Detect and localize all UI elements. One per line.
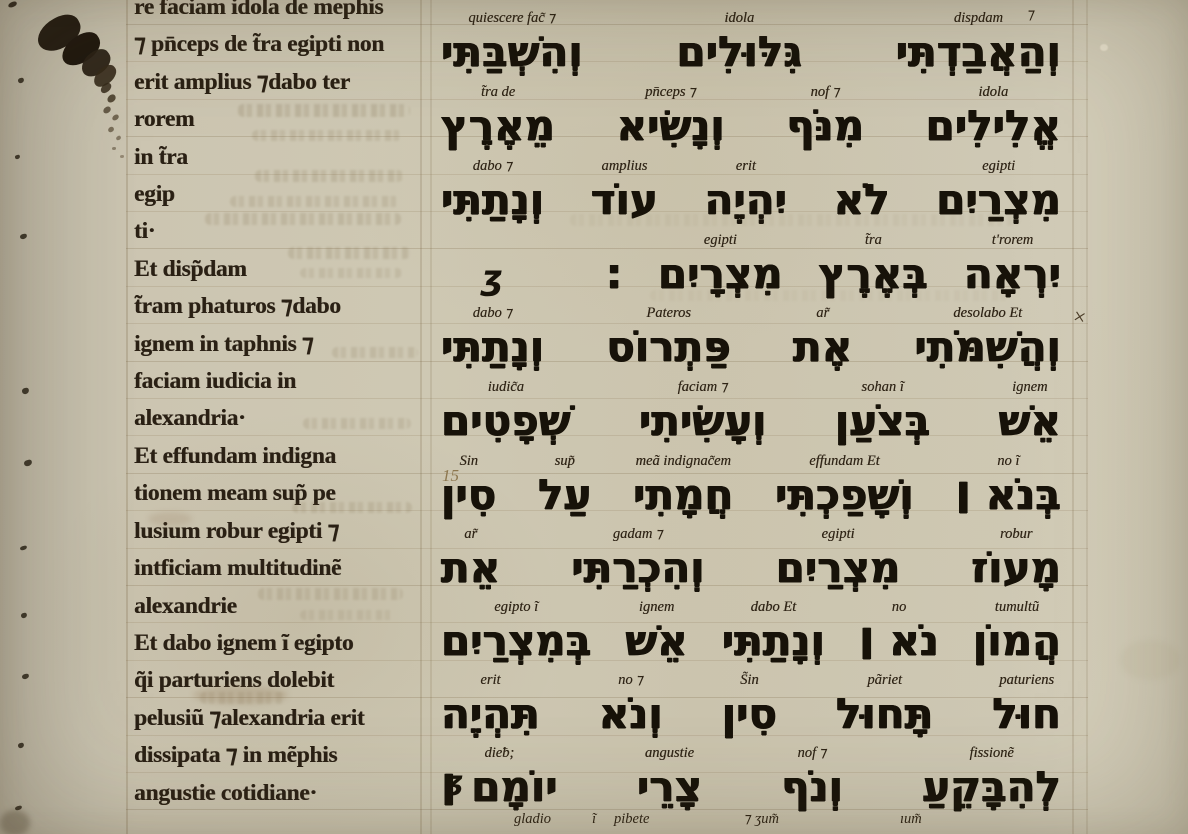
hebrew-word: לְהִבָּקֵעַ bbox=[922, 762, 1061, 812]
hebrew-row: fissionẽלְהִבָּקֵעַnof ⁊וְנֹףangustieצָר… bbox=[441, 739, 1061, 812]
word-unit: no ⁊וְנֹא bbox=[599, 673, 663, 739]
word-unit: meã indignac̃emחֲמָתִי bbox=[633, 454, 733, 520]
hebrew-word: אֵשׁ bbox=[625, 616, 687, 666]
hebrew-word: הֲמוֹן bbox=[973, 616, 1061, 666]
word-unit: dabo Etוְנָתַתִּי bbox=[722, 600, 825, 666]
pricking-dot bbox=[21, 387, 29, 395]
interlinear-gloss: quiescere fac̃ ⁊ bbox=[468, 11, 555, 26]
interlinear-gloss: t̃ra de bbox=[481, 85, 515, 100]
hebrew-word: תָּחוּל bbox=[836, 689, 933, 739]
pricking-dot bbox=[15, 154, 21, 159]
ruling-line-vertical bbox=[1072, 0, 1074, 834]
interlinear-gloss: erit bbox=[480, 673, 500, 688]
bleedthrough-mark bbox=[292, 502, 412, 513]
hebrew-word: בְּנֹא ׀ bbox=[956, 470, 1061, 520]
interlinear-gloss: faciam ⁊ bbox=[678, 380, 728, 395]
word-unit: egipto ĩבְּמִצְרַיִם bbox=[441, 600, 591, 666]
interlinear-gloss: Pateros bbox=[646, 306, 691, 321]
tironian-et-mark: ⁊ bbox=[1027, 5, 1034, 24]
ruling-line-vertical bbox=[126, 0, 128, 834]
interlinear-gloss: paturiens bbox=[999, 673, 1054, 688]
word-unit: idolaאֱלִילִים bbox=[926, 85, 1061, 151]
hebrew-word: וְשָׁפַכְתִּי bbox=[775, 470, 914, 520]
word-unit: ar̃אֵת bbox=[441, 527, 500, 593]
bleedthrough-mark bbox=[252, 130, 402, 141]
word-unit: ar̃אֶת bbox=[793, 306, 852, 372]
bottom-gloss-fragment: ĩ bbox=[592, 811, 596, 828]
interlinear-gloss: ignem bbox=[639, 600, 674, 615]
interlinear-gloss: idola bbox=[724, 11, 754, 26]
word-unit: desolabo Etוְהֲשִׁמֹּתִי bbox=[914, 306, 1061, 372]
word-unit: eritתִּהְיֶה bbox=[441, 673, 540, 739]
hebrew-word: וְהִכְרַתִּי bbox=[571, 543, 704, 593]
ink-blot bbox=[112, 147, 116, 150]
interlinear-gloss: tumultũ bbox=[995, 600, 1039, 615]
latin-line: intficiam multitudinẽ bbox=[134, 550, 429, 587]
word-unit: dabo ⁊וְנָתַתִּי bbox=[441, 159, 544, 225]
bleedthrough-mark bbox=[230, 196, 400, 207]
hebrew-word: וְהֲשִׁמֹּתִי bbox=[914, 322, 1061, 372]
word-unit: tumultũהֲמוֹן bbox=[973, 600, 1061, 666]
ink-blot bbox=[107, 126, 115, 133]
word-unit: quiescere fac̃ ⁊וְהִשְׁבַּתִּי bbox=[441, 11, 583, 77]
ruling-line-vertical bbox=[430, 0, 432, 834]
hebrew-word: גִּלּוּלִים bbox=[676, 27, 802, 77]
interlinear-gloss: idola bbox=[978, 85, 1008, 100]
hebrew-row: dispdamוְהַאֲבַדְתִּיidolaגִּלּוּלִיםqui… bbox=[441, 4, 1061, 77]
interlinear-gloss: angustie bbox=[645, 746, 694, 761]
bleedthrough-mark bbox=[238, 104, 410, 117]
bottom-gloss-fragment: pibete᷑ bbox=[614, 811, 661, 828]
interlinear-gloss: dabo Et bbox=[751, 600, 797, 615]
interlinear-gloss: S̃in bbox=[740, 673, 759, 688]
ink-blot bbox=[106, 93, 117, 104]
interlinear-gloss: no ⁊ bbox=[618, 673, 643, 688]
hebrew-word: פַּתְרוֹס bbox=[606, 322, 731, 372]
hebrew-word: חֲמָתִי bbox=[633, 470, 733, 520]
interlinear-gloss: dabo ⁊ bbox=[473, 159, 513, 174]
bleedthrough-mark bbox=[205, 213, 401, 225]
word-unit: sup̃עַל bbox=[538, 454, 591, 520]
interlinear-gloss: egipto ĩ bbox=[494, 600, 538, 615]
hebrew-word: אֵשׁ bbox=[999, 396, 1061, 446]
interlinear-gloss: effundam Et bbox=[809, 454, 879, 469]
manuscript-page: re faciam idola de mephis⁊ pn̄ceps de t̃… bbox=[0, 0, 1188, 834]
latin-line: re faciam idola de mephis bbox=[134, 0, 429, 26]
interlinear-gloss: dabo ⁊ bbox=[473, 306, 513, 321]
hebrew-word: וְנָשִׂיא bbox=[617, 101, 725, 151]
pricking-dot bbox=[23, 459, 32, 467]
hebrew-word: וְנֹף bbox=[781, 762, 843, 812]
word-unit: effundam Etוְשָׁפַכְתִּי bbox=[775, 454, 914, 520]
interlinear-gloss: pn̄ceps ⁊ bbox=[645, 85, 696, 100]
latin-line: faciam iudicia in bbox=[134, 363, 429, 400]
latin-line: ⁊ pn̄ceps de t̃ra egipti non bbox=[134, 26, 429, 63]
interlinear-gloss: t'rorem bbox=[992, 233, 1034, 248]
hebrew-word: ׃ bbox=[606, 249, 622, 299]
latin-line: erit amplius ⁊dabo ter bbox=[134, 64, 429, 101]
pricking-dot bbox=[17, 77, 24, 83]
word-unit: roburמָעוֹז bbox=[971, 527, 1061, 593]
interlinear-gloss: gadam ⁊ bbox=[613, 527, 663, 542]
interlinear-gloss: desolabo Et bbox=[953, 306, 1022, 321]
interlinear-gloss: egipti bbox=[982, 159, 1015, 174]
interlinear-gloss: dieƀ; bbox=[484, 746, 514, 761]
hebrew-row: desolabo Etוְהֲשִׁמֹּתִיar̃אֶתPaterosפַּ… bbox=[441, 299, 1061, 372]
verse-number-15: 15 bbox=[442, 466, 459, 486]
hebrew-row: no ĩבְּנֹא ׀effundam Etוְשָׁפַכְתִּיmeã … bbox=[441, 447, 1061, 520]
word-unit: faciam ⁊וְעָשִׂיתִי bbox=[639, 380, 767, 446]
interlinear-gloss: ignem bbox=[1012, 380, 1047, 395]
pricking-dot bbox=[20, 545, 28, 551]
interlinear-gloss: erit bbox=[736, 159, 756, 174]
bleedthrough-mark bbox=[650, 290, 1010, 301]
interlinear-gloss: Sin bbox=[459, 454, 478, 469]
bleedthrough-mark bbox=[332, 347, 418, 358]
word-unit: dabo ⁊וְנָתַתִּי bbox=[441, 306, 544, 372]
latin-line: pelusiũ ⁊alexandria erit bbox=[134, 700, 429, 737]
latin-line: t̃ram phaturos ⁊dabo bbox=[134, 288, 429, 325]
ink-blot bbox=[120, 155, 124, 158]
interlinear-gloss: egipti bbox=[822, 527, 855, 542]
word-unit: iudic̃aשְׁפָטִים bbox=[441, 380, 571, 446]
interlinear-gloss: amplius bbox=[601, 159, 647, 174]
hebrew-word: חוּל bbox=[992, 689, 1061, 739]
word-unit: Sinסִין bbox=[441, 454, 496, 520]
interlinear-gloss: ar̃ bbox=[464, 527, 477, 542]
hebrew-word: אֶת bbox=[793, 322, 852, 372]
interlinear-gloss: dispdam bbox=[954, 11, 1003, 26]
ink-blot bbox=[111, 114, 120, 122]
hebrew-word: מִצְרַיִם bbox=[776, 543, 901, 593]
word-unit: Paterosפַּתְרוֹס bbox=[606, 306, 731, 372]
bottom-gloss-fragment: ıum̃ bbox=[900, 811, 922, 828]
hebrew-word: וְנָתַתִּי bbox=[441, 175, 544, 225]
word-unit: dispdamוְהַאֲבַדְתִּי bbox=[896, 11, 1061, 77]
word-unit: idolaגִּלּוּלִים bbox=[676, 11, 802, 77]
bottom-gloss-fragment: gladio bbox=[514, 811, 551, 828]
word-unit: noנֹא ׀ bbox=[859, 600, 939, 666]
interlinear-gloss: robur bbox=[1000, 527, 1033, 542]
interlinear-gloss: ar̃ bbox=[816, 306, 829, 321]
bottom-gloss-fragment: ⁊ ʒum̃ bbox=[744, 811, 779, 828]
hebrew-word: וְנֹא bbox=[599, 689, 663, 739]
interlinear-gloss: sup̃ bbox=[555, 454, 575, 469]
interlinear-gloss: egipti bbox=[704, 233, 737, 248]
word-unit: angustieצָרֵי bbox=[637, 746, 702, 812]
pricking-dot bbox=[20, 612, 27, 618]
hebrew-row: paturiensחוּלpãrietתָּחוּלS̃inסִיןno ⁊וְ… bbox=[441, 666, 1061, 739]
interlinear-gloss: no bbox=[892, 600, 907, 615]
bleedthrough-mark bbox=[303, 418, 411, 429]
interlinear-gloss: pãriet bbox=[867, 673, 902, 688]
interlinear-gloss: meã indignac̃em bbox=[636, 454, 731, 469]
hebrew-row: idolaאֱלִילִיםnof ⁊מִנֹּףpn̄ceps ⁊וְנָשִ… bbox=[441, 78, 1061, 151]
word-unit: sohan ĩבְּצֹעַן bbox=[835, 380, 930, 446]
word-unit: nof ⁊וְנֹף bbox=[781, 746, 843, 812]
word-unit: pãrietתָּחוּל bbox=[836, 673, 933, 739]
ink-blot bbox=[7, 1, 17, 9]
pricking-dot bbox=[21, 673, 29, 680]
hebrew-word: תִּהְיֶה bbox=[441, 689, 540, 739]
interlinear-gloss: fissionẽ bbox=[969, 746, 1013, 761]
word-unit: paturiensחוּל bbox=[992, 673, 1061, 739]
hebrew-word: מֵאֶרֶץ bbox=[441, 101, 555, 151]
hebrew-word: מָעוֹז bbox=[971, 543, 1061, 593]
hebrew-word: נֹא ׀ bbox=[859, 616, 939, 666]
interlinear-gloss: sohan ĩ bbox=[861, 380, 903, 395]
hebrew-word: וְעָשִׂיתִי bbox=[639, 396, 767, 446]
bleedthrough-mark bbox=[300, 268, 402, 278]
interlinear-gloss: iudic̃a bbox=[488, 380, 524, 395]
hebrew-word: עַל bbox=[538, 470, 591, 520]
hebrew-word: צָרֵי bbox=[637, 762, 702, 812]
word-unit: gadam ⁊וְהִכְרַתִּי bbox=[571, 527, 704, 593]
interlinear-gloss: t̃ra bbox=[865, 233, 882, 248]
hebrew-word: אֱלִילִים bbox=[926, 101, 1061, 151]
bleedthrough-mark bbox=[255, 170, 403, 182]
line-filler-mark: ʒ bbox=[446, 766, 463, 797]
latin-line: angustie cotidiane· bbox=[134, 775, 429, 812]
parchment-stain bbox=[148, 512, 192, 526]
hebrew-word: וְנָתַתִּי bbox=[441, 322, 544, 372]
word-unit: S̃inסִין bbox=[722, 673, 777, 739]
parchment-stain bbox=[0, 810, 30, 834]
hebrew-word: סִין bbox=[722, 689, 777, 739]
ruling-line-vertical bbox=[1086, 0, 1088, 834]
pricking-dot bbox=[17, 742, 24, 748]
parchment-stain bbox=[1120, 640, 1180, 680]
interlinear-gloss: nof ⁊ bbox=[797, 746, 826, 761]
word-unit: fissionẽלְהִבָּקֵעַ bbox=[922, 746, 1061, 812]
latin-line: Et effundam indigna bbox=[134, 438, 429, 475]
ink-blot bbox=[115, 135, 121, 141]
hebrew-row: ignemאֵשׁsohan ĩבְּצֹעַןfaciam ⁊וְעָשִׂי… bbox=[441, 373, 1061, 446]
verse-end-flourish: ʒ bbox=[481, 258, 503, 298]
interlinear-gloss: no ĩ bbox=[997, 454, 1019, 469]
bleedthrough-mark bbox=[288, 247, 410, 259]
hebrew-word: בְּמִצְרַיִם bbox=[441, 616, 591, 666]
bleedthrough-mark bbox=[300, 610, 395, 620]
word-unit: no ĩבְּנֹא ׀ bbox=[956, 454, 1061, 520]
hebrew-word: וְנָתַתִּי bbox=[722, 616, 825, 666]
hebrew-row: tumultũהֲמוֹןnoנֹא ׀dabo Etוְנָתַתִּיign… bbox=[441, 593, 1061, 666]
interlinear-gloss: nof ⁊ bbox=[811, 85, 840, 100]
word-unit: t̃ra deמֵאֶרֶץ bbox=[441, 85, 555, 151]
hebrew-word: שְׁפָטִים bbox=[441, 396, 571, 446]
bleedthrough-mark bbox=[570, 214, 1020, 226]
word-unit: ׃ bbox=[606, 248, 622, 299]
latin-line: dissipata ⁊ in mẽphis bbox=[134, 737, 429, 774]
word-unit: nof ⁊מִנֹּף bbox=[786, 85, 864, 151]
word-unit: ignemאֵשׁ bbox=[625, 600, 687, 666]
pricking-dot bbox=[19, 233, 27, 240]
hebrew-word: אֵת bbox=[441, 543, 500, 593]
word-unit: ignemאֵשׁ bbox=[999, 380, 1061, 446]
hebrew-word: וְהַאֲבַדְתִּי bbox=[896, 27, 1061, 77]
hebrew-word: וְהִשְׁבַּתִּי bbox=[441, 27, 583, 77]
parchment-stain bbox=[193, 686, 288, 704]
hebrew-row: t'roremיִרְאָהt̃raבְּאֶרֶץegiptiמִצְרָיִ… bbox=[441, 226, 1061, 299]
latin-line: Et dabo ignem ĩ egipto bbox=[134, 625, 429, 662]
hebrew-row: roburמָעוֹזegiptiמִצְרַיִםgadam ⁊וְהִכְר… bbox=[441, 520, 1061, 593]
parchment-fleck bbox=[1100, 44, 1108, 51]
ink-blot bbox=[102, 105, 112, 114]
word-unit: pn̄ceps ⁊וְנָשִׂיא bbox=[617, 85, 725, 151]
hebrew-word: מִנֹּף bbox=[786, 101, 864, 151]
word-unit: egiptiמִצְרַיִם bbox=[776, 527, 901, 593]
bleedthrough-mark bbox=[258, 588, 403, 600]
hebrew-word: בְּצֹעַן bbox=[835, 396, 930, 446]
